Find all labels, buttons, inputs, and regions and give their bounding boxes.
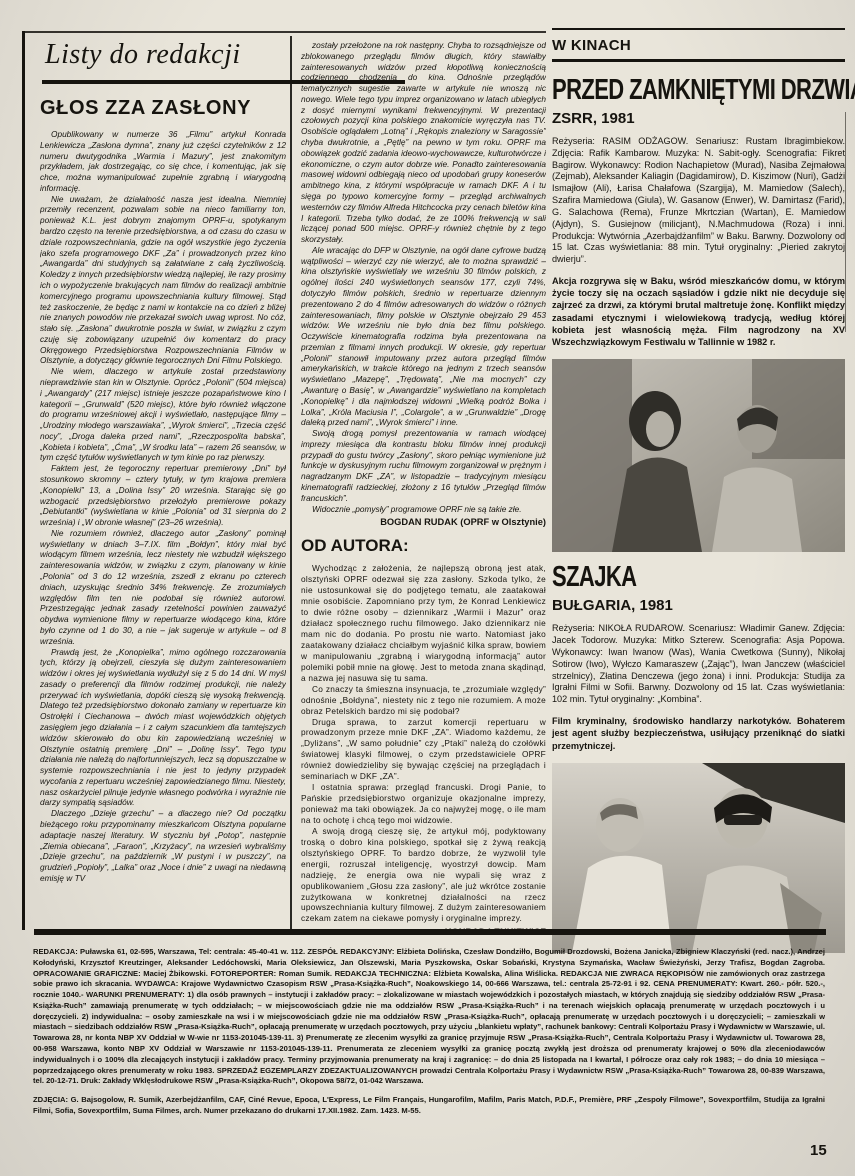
film-still-przed-zamknietymi-drzwiami — [552, 359, 845, 552]
letter-paragraph: Nie uważam, że działalność nasza jest id… — [40, 194, 286, 367]
letter-paragraph: Faktem jest, że tegoroczny repertuar pre… — [40, 463, 286, 528]
reply-paragraph: Druga sprawa, to zarzut komercji repertu… — [301, 717, 546, 783]
letter-signature: BOGDAN RUDAK (OPRF w Olsztynie) — [301, 517, 546, 527]
letter-paragraph: Dlaczego „Dzieje grzechu” – a dlaczego n… — [40, 808, 286, 883]
page-edge-line — [845, 112, 846, 332]
letters-left-rule — [22, 31, 25, 930]
reply-paragraph: I ostatnia sprawa: przegląd francuski. D… — [301, 782, 546, 826]
cinema-title-rule — [552, 59, 845, 62]
film-title: SZAJKA — [552, 558, 845, 597]
letter-paragraph: Nie rozumiem również, dlaczego autor „Za… — [40, 528, 286, 647]
letters-section-header: Listy do redakcji — [45, 39, 241, 71]
cinema-section-title: W KINACH — [552, 37, 845, 54]
film-synopsis: Film kryminalny, środowisko handlarzy na… — [552, 715, 845, 752]
author-reply-title: OD AUTORA: — [301, 536, 546, 556]
letter-title: GŁOS ZZA ZASŁONY — [40, 97, 286, 120]
letter-paragraph: Prawdą jest, że „Konopielka”, mimo ogóln… — [40, 647, 286, 809]
letter-paragraph: Nie wiem, dlaczego w artykule został prz… — [40, 366, 286, 463]
film-still-szajka — [552, 763, 845, 953]
column-divider-rule — [290, 36, 292, 929]
letter-column-2: zostały przełożone na rok następny. Chyb… — [301, 40, 546, 929]
footer-separator-bar — [34, 929, 826, 935]
film-synopsis: Akcja rozgrywa się w Baku, wśród mieszka… — [552, 275, 845, 348]
film-country-year: ZSRR, 1981 — [552, 110, 845, 127]
letter-column-1: GŁOS ZZA ZASŁONY Opublikowany w numerze … — [40, 97, 286, 928]
letters-top-rule — [22, 31, 546, 33]
magazine-page: Listy do redakcji GŁOS ZZA ZASŁONY Opubl… — [0, 0, 855, 1176]
letter-paragraph: Widocznie „pomysły” programowe OPRF nie … — [301, 504, 546, 515]
film-title: PRZED ZAMKNIĘTYMI DRZWIAMI — [552, 71, 845, 110]
letter-paragraph: Swoją drogą pomysł prezentowania w ramac… — [301, 428, 546, 503]
film-country-year: BUŁGARIA, 1981 — [552, 597, 845, 614]
imprint-footer: REDAKCJA: Puławska 61, 02-595, Warszawa,… — [33, 947, 825, 1117]
imprint-text: REDAKCJA: Puławska 61, 02-595, Warszawa,… — [33, 947, 825, 1087]
photo-credits-text: ZDJĘCIA: G. Bajsogolow, R. Sumik, Azerbe… — [33, 1095, 825, 1117]
film-credits: Reżyseria: RASIM ODŻAGOW. Senariusz: Rus… — [552, 136, 845, 266]
reply-paragraph: Co znaczy ta śmieszna insynuacja, te „zr… — [301, 684, 546, 717]
cinema-top-rule — [552, 28, 845, 30]
film-credits: Reżyseria: NIKOŁA RUDAROW. Scenariusz: W… — [552, 623, 845, 706]
page-number: 15 — [810, 1142, 827, 1159]
letter-paragraph: Opublikowany w numerze 36 „Filmu” artyku… — [40, 129, 286, 194]
reply-paragraph: A swoją drogą cieszę się, że artykuł mój… — [301, 826, 546, 924]
letter-paragraph: Ale wracając do DFP w Olsztynie, na ogół… — [301, 245, 546, 428]
letter-paragraph: zostały przełożone na rok następny. Chyb… — [301, 40, 546, 245]
cinema-section: W KINACH PRZED ZAMKNIĘTYMI DRZWIAMI ZSRR… — [552, 28, 845, 963]
reply-paragraph: Wychodząc z założenia, że najlepszą obro… — [301, 563, 546, 683]
